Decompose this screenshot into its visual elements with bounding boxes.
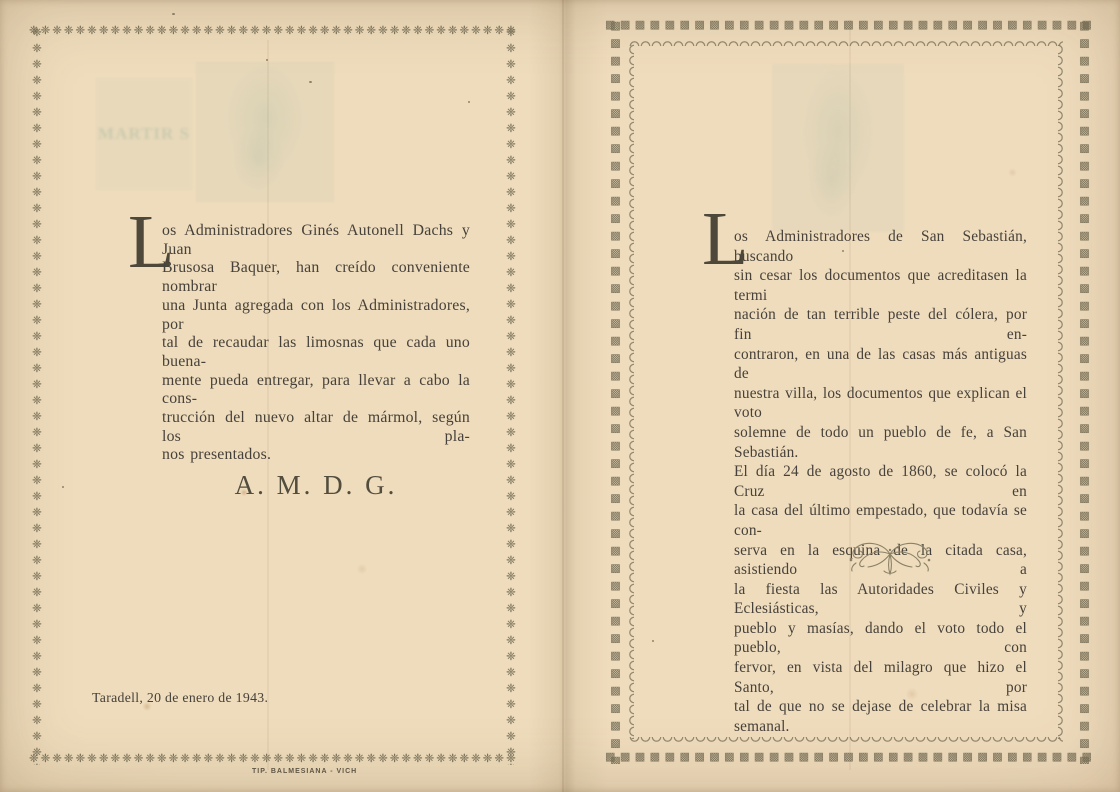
flourish-ornament [844,538,936,578]
ink-speck [468,101,470,103]
scanned-document-spread: ❈❈❈❈❈❈❈❈❈❈❈❈❈❈❈❈❈❈❈❈❈❈❈❈❈❈❈❈❈❈❈❈❈❈❈❈❈❈❈❈… [0,0,1120,792]
ornament-border-right-right-page: ▩▩▩▩▩▩▩▩▩▩▩▩▩▩▩▩▩▩▩▩▩▩▩▩▩▩▩▩▩▩▩▩▩▩▩▩▩▩▩▩… [1074,19,1090,764]
text-line: trucción del nuevo altar de mármol, segú… [162,409,470,446]
paper-crease-right [849,20,851,770]
text-line: solemne de todo un pueblo de fe, a San S… [734,423,1027,462]
text-line: tal de recaudar las limosnas que cada un… [162,334,470,371]
ink-speck [652,640,654,642]
printer-imprint: TIP. BALMESIANA - VICH [252,768,357,775]
text-line: nación de tan terrible peste del cólera,… [734,305,1027,344]
text-line: una Junta agregada con los Administrador… [162,297,470,334]
ink-speck [172,13,175,15]
text-line: la fiesta las Autoridades Civiles y Ecle… [734,580,1027,619]
wavy-inner-frame-left [626,44,634,739]
dateline: Taradell, 20 de enero de 1943. [92,690,268,706]
center-fold-shadow [528,0,608,792]
foxing-stain [1008,168,1017,177]
text-line: pueblo y masías, dando el voto todo el p… [734,619,1027,658]
left-page-paragraph: os Administradores Ginés Autonell Dachs … [162,222,470,465]
text-line: nos presentados. [162,446,470,465]
text-line: os Administradores Ginés Autonell Dachs … [162,222,470,259]
foxing-stain [356,564,368,574]
bleedthrough-figure-left [196,62,334,202]
wavy-inner-frame-bottom [629,737,1063,745]
text-line: tal de que no se dejase de celebrar la m… [734,697,1027,736]
bleedthrough-text: MARTIR S [96,78,192,190]
ornament-border-top-right-page: ▩▩▩▩▩▩▩▩▩▩▩▩▩▩▩▩▩▩▩▩▩▩▩▩▩▩▩▩▩▩▩▩▩▩▩▩▩▩▩▩… [605,19,1091,34]
wavy-inner-frame-right [1058,44,1066,739]
text-line: contraron, en una de las casas más antig… [734,345,1027,384]
wavy-inner-frame-top [629,38,1063,46]
text-line: sin cesar los documentos que acreditasen… [734,266,1027,305]
text-line: fervor, en vista del milagro que hizo el… [734,658,1027,697]
ornament-border-bottom-right-page: ▩▩▩▩▩▩▩▩▩▩▩▩▩▩▩▩▩▩▩▩▩▩▩▩▩▩▩▩▩▩▩▩▩▩▩▩▩▩▩▩… [605,751,1091,766]
paper-crease-left [267,40,269,770]
ornament-border-bottom-left-page: ❈❈❈❈❈❈❈❈❈❈❈❈❈❈❈❈❈❈❈❈❈❈❈❈❈❈❈❈❈❈❈❈❈❈❈❈❈❈❈❈… [29,753,517,767]
text-line: os Administradores de San Sebastián, bus… [734,227,1027,266]
bleedthrough-figure-right [772,64,904,232]
motto-amdg: A. M. D. G. [162,470,470,501]
text-line: mente pueda entregar, para llevar a cabo… [162,372,470,409]
ink-speck [62,486,64,488]
ornament-border-right-left-page: ❈❈❈❈❈❈❈❈❈❈❈❈❈❈❈❈❈❈❈❈❈❈❈❈❈❈❈❈❈❈❈❈❈❈❈❈❈❈❈❈… [502,25,516,765]
text-line: El día 24 de agosto de 1860, se colocó l… [734,462,1027,501]
text-line: nuestra villa, los documentos que explic… [734,384,1027,423]
right-page-paragraph: os Administradores de San Sebastián, bus… [734,227,1027,736]
ink-speck [309,81,312,83]
text-line: Brusosa Baquer, han creído conveniente n… [162,259,470,296]
fold-crease [562,0,564,792]
text-line: la casa del último empestado, que todaví… [734,501,1027,540]
ornament-border-top-left-page: ❈❈❈❈❈❈❈❈❈❈❈❈❈❈❈❈❈❈❈❈❈❈❈❈❈❈❈❈❈❈❈❈❈❈❈❈❈❈❈❈… [29,25,517,39]
ornament-border-left-left-page: ❈❈❈❈❈❈❈❈❈❈❈❈❈❈❈❈❈❈❈❈❈❈❈❈❈❈❈❈❈❈❈❈❈❈❈❈❈❈❈❈… [28,25,42,765]
